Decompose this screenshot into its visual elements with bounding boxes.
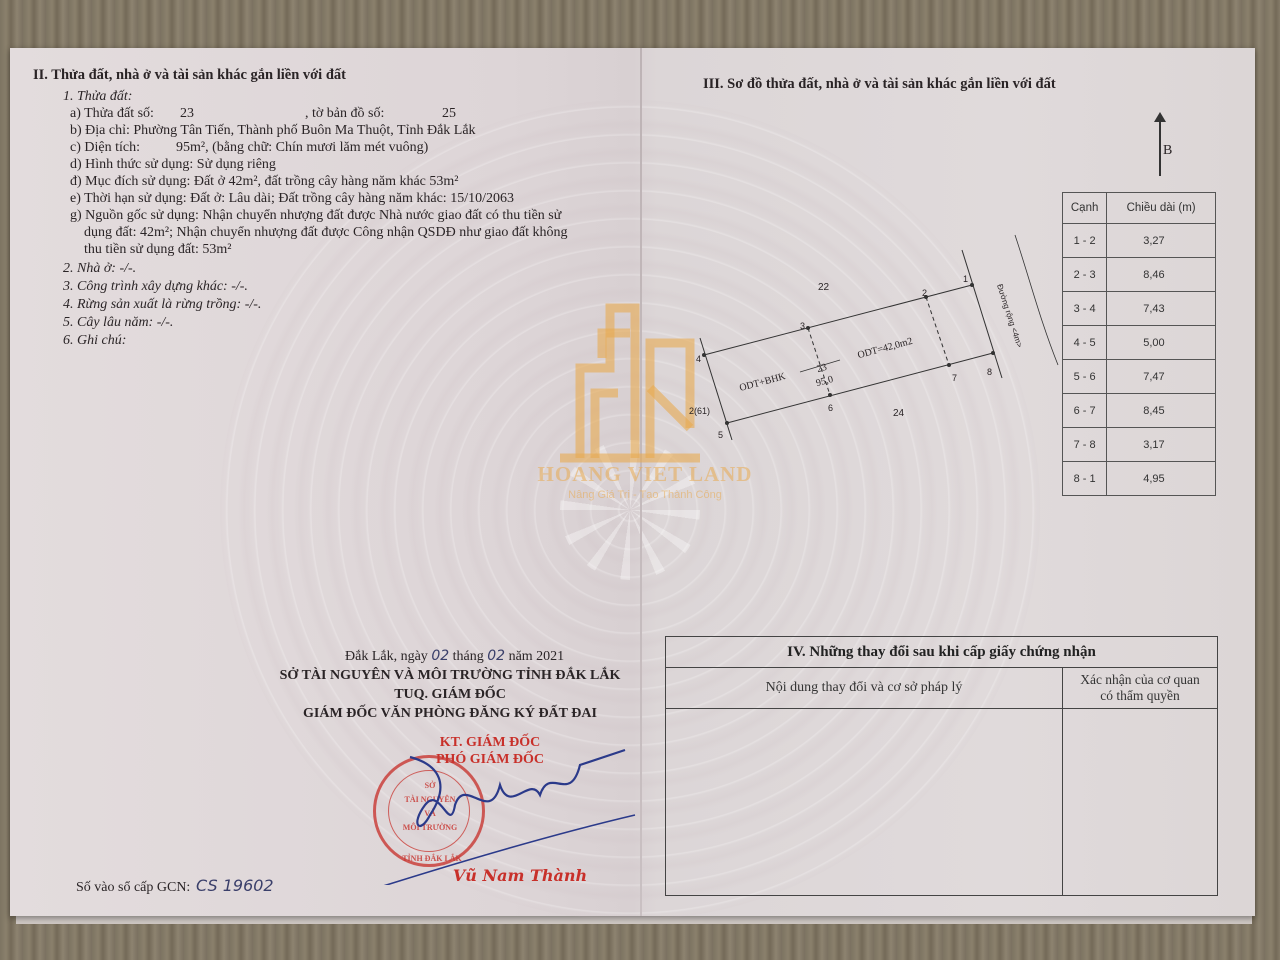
land-heading: 1. Thửa đất: [63,89,132,105]
section-iv-title: IV. Những thay đổi sau khi cấp giấy chứn… [666,637,1217,668]
building-logo-icon [540,298,710,463]
column-header: Chiều dài (m) [1107,193,1216,224]
table-row: 5 - 67,47 [1063,360,1216,394]
perennial-item: 5. Cây lâu năm: -/-. [63,315,173,331]
origin-line-2: dụng đất: 42m²; Nhận chuyển nhượng đất đ… [84,225,568,241]
point-label: 8 [987,364,992,380]
authority-confirmation-header: Xác nhận của cơ quan có thẩm quyền [1063,668,1217,708]
place-date-label: Đắk Lắk, ngày 02 tháng 02 năm 2021 [345,648,564,665]
usage-term: e) Thời hạn sử dụng: Đất ở: Lâu dài; Đất… [70,191,514,207]
section-iii-title: III. Sơ đồ thửa đất, nhà ở và tài sản kh… [703,76,1056,92]
map-sheet-label: , tờ bản đồ số: [305,106,384,122]
table-row: 3 - 47,43 [1063,292,1216,326]
point-label: 6 [828,400,833,416]
section-ii-title: II. Thửa đất, nhà ở và tài sản khác gắn … [33,67,346,83]
map-sheet-number: 25 [442,106,456,122]
notes-item: 6. Ghi chú: [63,333,126,349]
neighbor-parcel: 22 [818,280,829,296]
origin-line-1: g) Nguồn gốc sử dụng: Nhận chuyển nhượng… [70,208,561,224]
month-value: 02 [487,648,505,664]
neighbor-parcel: 2(61) [689,403,710,419]
parcel-number: 23 [180,106,194,122]
other-works-item: 3. Công trình xây dựng khác: -/-. [63,279,248,295]
neighbor-parcel: 24 [893,406,904,422]
edge-length-table: Cạnh Chiều dài (m) 1 - 23,27 2 - 38,46 3… [1062,192,1216,496]
table-row: 8 - 14,95 [1063,462,1216,496]
area-value: 95m², (bằng chữ: Chín mươi lăm mét vuông… [176,140,428,156]
point-label: 3 [800,318,805,334]
changes-content-header: Nội dung thay đổi và cơ sở pháp lý [666,668,1063,708]
point-label: 5 [718,427,723,443]
day-value: 02 [431,648,449,664]
usage-purpose: đ) Mục đích sử dụng: Đất ở 42m², đất trồ… [70,174,458,190]
house-item: 2. Nhà ở: -/-. [63,261,136,277]
department-name: SỞ TÀI NGUYÊN VÀ MÔI TRƯỜNG TỈNH ĐẮK LẮK [250,668,650,684]
area-label: c) Diện tích: [70,140,140,156]
forest-item: 4. Rừng sản xuất là rừng trồng: -/-. [63,297,261,313]
north-label: B [1163,143,1172,159]
table-row: 7 - 83,17 [1063,428,1216,462]
office-title: GIÁM ĐỐC VĂN PHÒNG ĐĂNG KÝ ĐẤT ĐAI [250,706,650,722]
watermark-tagline: Nâng Giá Trị - Tạo Thành Công [514,489,776,501]
tuq-title: TUQ. GIÁM ĐỐC [250,687,650,703]
parcel-label: a) Thửa đất số: [70,106,154,122]
point-label: 4 [696,351,701,367]
point-label: 7 [952,370,957,386]
origin-line-3: thu tiền sử dụng đất: 53m² [84,242,232,258]
table-row: 4 - 55,00 [1063,326,1216,360]
registry-number-value: CS 19602 [196,878,274,894]
signer-name: Vũ Nam Thành [440,868,600,886]
watermark-brand: HOANG VIET LAND [514,462,776,487]
changes-table: IV. Những thay đổi sau khi cấp giấy chứn… [665,636,1218,896]
authority-confirmation-cell [1063,709,1217,896]
table-row: 2 - 38,46 [1063,258,1216,292]
usage-form: d) Hình thức sử dụng: Sử dụng riêng [70,157,276,173]
column-header: Cạnh [1063,193,1107,224]
point-label: 2 [922,285,927,301]
point-label: 1 [963,271,968,287]
table-row: 6 - 78,45 [1063,394,1216,428]
changes-content-cell [666,709,1063,896]
table-row: 1 - 23,27 [1063,224,1216,258]
north-arrow-shaft [1159,116,1161,176]
address: b) Địa chỉ: Phường Tân Tiến, Thành phố B… [70,123,476,139]
registry-number-label: Số vào sổ cấp GCN: [76,880,190,896]
signature-stroke [370,745,640,885]
